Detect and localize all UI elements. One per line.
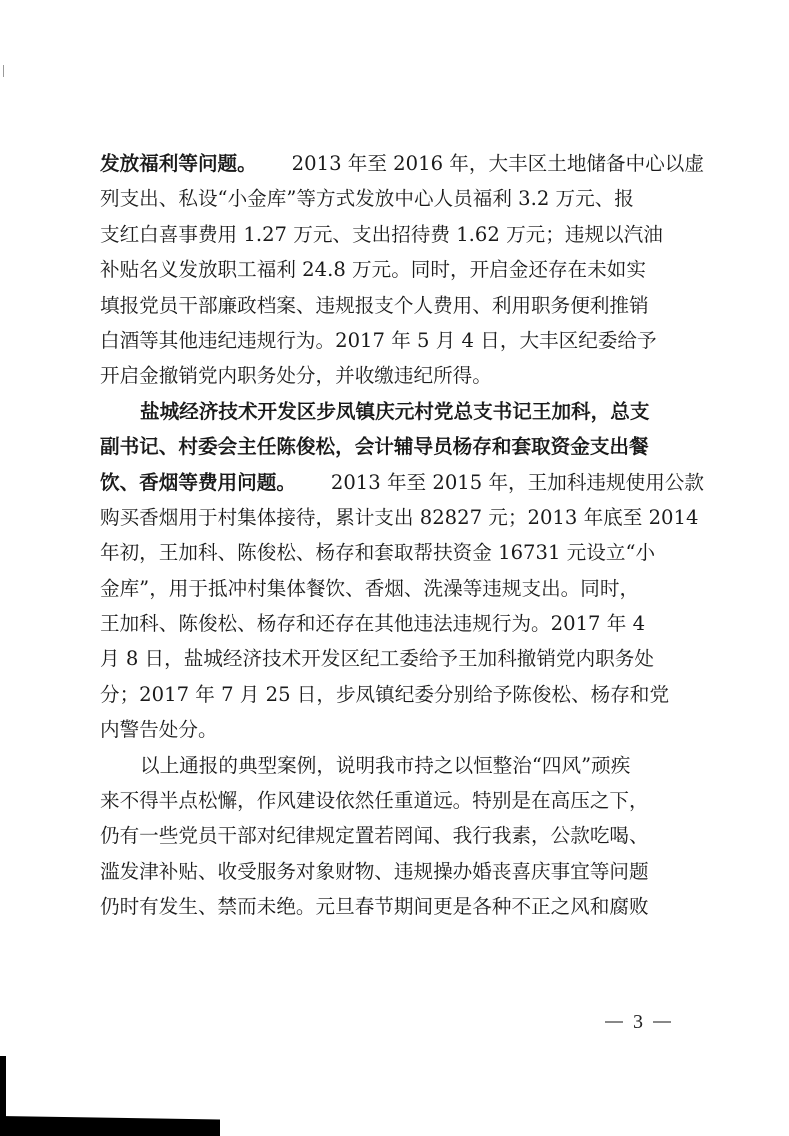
scan-artifact-mark bbox=[3, 65, 4, 77]
text-segment: 来不得半点松懈，作风建设依然任重道远。特别是在高压之下， bbox=[100, 783, 649, 818]
paragraph-summary: 以上通报的典型案例，说明我市持之以恒整治“四风”顽疾 来不得半点松懈，作风建设依… bbox=[100, 748, 704, 925]
paragraph-yancheng-case: 盐城经济技术开发区步凤镇庆元村党总支书记王加科，总支 副书记、村委会主任陈俊松，… bbox=[100, 394, 704, 748]
page-number-dash-right bbox=[653, 1021, 671, 1023]
document-page: 发放福利等问题。2013 年至 2016 年，大丰区土地储备中心以虚 列支出、私… bbox=[0, 0, 789, 1136]
text-segment: 2013 年至 2016 年，大丰区土地储备中心以虚 bbox=[292, 146, 704, 181]
text-line: 副书记、村委会主任陈俊松，会计辅导员杨存和套取资金支出餐 bbox=[100, 429, 704, 464]
text-line: 内警告处分。 bbox=[100, 712, 704, 747]
text-segment: 以上通报的典型案例，说明我市持之以恒整治“四风”顽疾 bbox=[140, 748, 630, 783]
text-segment: 支红白喜事费用 1.27 万元、支出招待费 1.62 万元；违规以汽油 bbox=[100, 217, 663, 252]
text-line: 仍时有发生、禁而未绝。元旦春节期间更是各种不正之风和腐败 bbox=[100, 889, 704, 924]
text-line: 开启金撤销党内职务处分，并收缴违纪所得。 bbox=[100, 358, 704, 393]
page-number-value: 3 bbox=[633, 1010, 643, 1034]
text-line: 月 8 日，盐城经济技术开发区纪工委给予王加科撤销党内职务处 bbox=[100, 641, 704, 676]
text-segment: 列支出、私设“小金库”等方式发放中心人员福利 3.2 万元、报 bbox=[100, 181, 634, 216]
text-line: 饮、香烟等费用问题。2013 年至 2015 年，王加科违规使用公款 bbox=[100, 465, 704, 500]
text-line: 补贴名义发放职工福利 24.8 万元。同时，开启金还存在未如实 bbox=[100, 252, 704, 287]
text-segment: 内警告处分。 bbox=[100, 712, 218, 747]
text-segment: 金库”，用于抵冲村集体餐饮、香烟、洗澡等违规支出。同时， bbox=[100, 571, 639, 606]
text-line: 王加科、陈俊松、杨存和还存在其他违法违规行为。2017 年 4 bbox=[100, 606, 704, 641]
text-segment: 白酒等其他违纪违规行为。2017 年 5 月 4 日，大丰区纪委给予 bbox=[100, 323, 657, 358]
page-number-dash-left bbox=[605, 1021, 623, 1023]
scan-edge-shadow-horizontal bbox=[0, 1116, 220, 1136]
text-line: 滥发津补贴、收受服务对象财物、违规操办婚丧喜庆事宜等问题 bbox=[100, 854, 704, 889]
text-line: 白酒等其他违纪违规行为。2017 年 5 月 4 日，大丰区纪委给予 bbox=[100, 323, 704, 358]
bold-heading-fragment: 发放福利等问题。 bbox=[100, 146, 257, 181]
text-segment: 王加科、陈俊松、杨存和还存在其他违法违规行为。2017 年 4 bbox=[100, 606, 645, 641]
text-segment: 仍时有发生、禁而未绝。元旦春节期间更是各种不正之风和腐败 bbox=[100, 889, 649, 924]
text-segment: 开启金撤销党内职务处分，并收缴违纪所得。 bbox=[100, 358, 492, 393]
text-segment: 分；2017 年 7 月 25 日，步凤镇纪委分别给予陈俊松、杨存和党 bbox=[100, 677, 669, 712]
text-segment: 补贴名义发放职工福利 24.8 万元。同时，开启金还存在未如实 bbox=[100, 252, 646, 287]
text-line: 仍有一些党员干部对纪律规定置若罔闻、我行我素，公款吃喝、 bbox=[100, 818, 704, 853]
text-segment: 年初，王加科、陈俊松、杨存和套取帮扶资金 16731 元设立“小 bbox=[100, 535, 655, 570]
body-text: 发放福利等问题。2013 年至 2016 年，大丰区土地储备中心以虚 列支出、私… bbox=[100, 146, 704, 925]
bold-heading-fragment: 饮、香烟等费用问题。 bbox=[100, 465, 296, 500]
text-line: 来不得半点松懈，作风建设依然任重道远。特别是在高压之下， bbox=[100, 783, 704, 818]
text-segment: 购买香烟用于村集体接待，累计支出 82827 元；2013 年底至 2014 bbox=[100, 500, 698, 535]
text-line: 购买香烟用于村集体接待，累计支出 82827 元；2013 年底至 2014 bbox=[100, 500, 704, 535]
text-line: 填报党员干部廉政档案、违规报支个人费用、利用职务便利推销 bbox=[100, 288, 704, 323]
text-line: 以上通报的典型案例，说明我市持之以恒整治“四风”顽疾 bbox=[100, 748, 704, 783]
bold-heading-fragment: 盐城经济技术开发区步凤镇庆元村党总支书记王加科，总支 bbox=[140, 394, 649, 429]
text-segment: 2013 年至 2015 年，王加科违规使用公款 bbox=[331, 465, 704, 500]
text-segment: 月 8 日，盐城经济技术开发区纪工委给予王加科撤销党内职务处 bbox=[100, 641, 654, 676]
text-segment: 仍有一些党员干部对纪律规定置若罔闻、我行我素，公款吃喝、 bbox=[100, 818, 649, 853]
text-line: 支红白喜事费用 1.27 万元、支出招待费 1.62 万元；违规以汽油 bbox=[100, 217, 704, 252]
page-number: 3 bbox=[605, 1010, 671, 1034]
text-line: 年初，王加科、陈俊松、杨存和套取帮扶资金 16731 元设立“小 bbox=[100, 535, 704, 570]
text-line: 分；2017 年 7 月 25 日，步凤镇纪委分别给予陈俊松、杨存和党 bbox=[100, 677, 704, 712]
text-line: 列支出、私设“小金库”等方式发放中心人员福利 3.2 万元、报 bbox=[100, 181, 704, 216]
paragraph-dafeng-case-continued: 发放福利等问题。2013 年至 2016 年，大丰区土地储备中心以虚 列支出、私… bbox=[100, 146, 704, 394]
text-line: 盐城经济技术开发区步凤镇庆元村党总支书记王加科，总支 bbox=[100, 394, 704, 429]
text-segment: 滥发津补贴、收受服务对象财物、违规操办婚丧喜庆事宜等问题 bbox=[100, 854, 649, 889]
text-segment: 填报党员干部廉政档案、违规报支个人费用、利用职务便利推销 bbox=[100, 288, 649, 323]
text-line: 发放福利等问题。2013 年至 2016 年，大丰区土地储备中心以虚 bbox=[100, 146, 704, 181]
text-line: 金库”，用于抵冲村集体餐饮、香烟、洗澡等违规支出。同时， bbox=[100, 571, 704, 606]
bold-heading-fragment: 副书记、村委会主任陈俊松，会计辅导员杨存和套取资金支出餐 bbox=[100, 429, 649, 464]
